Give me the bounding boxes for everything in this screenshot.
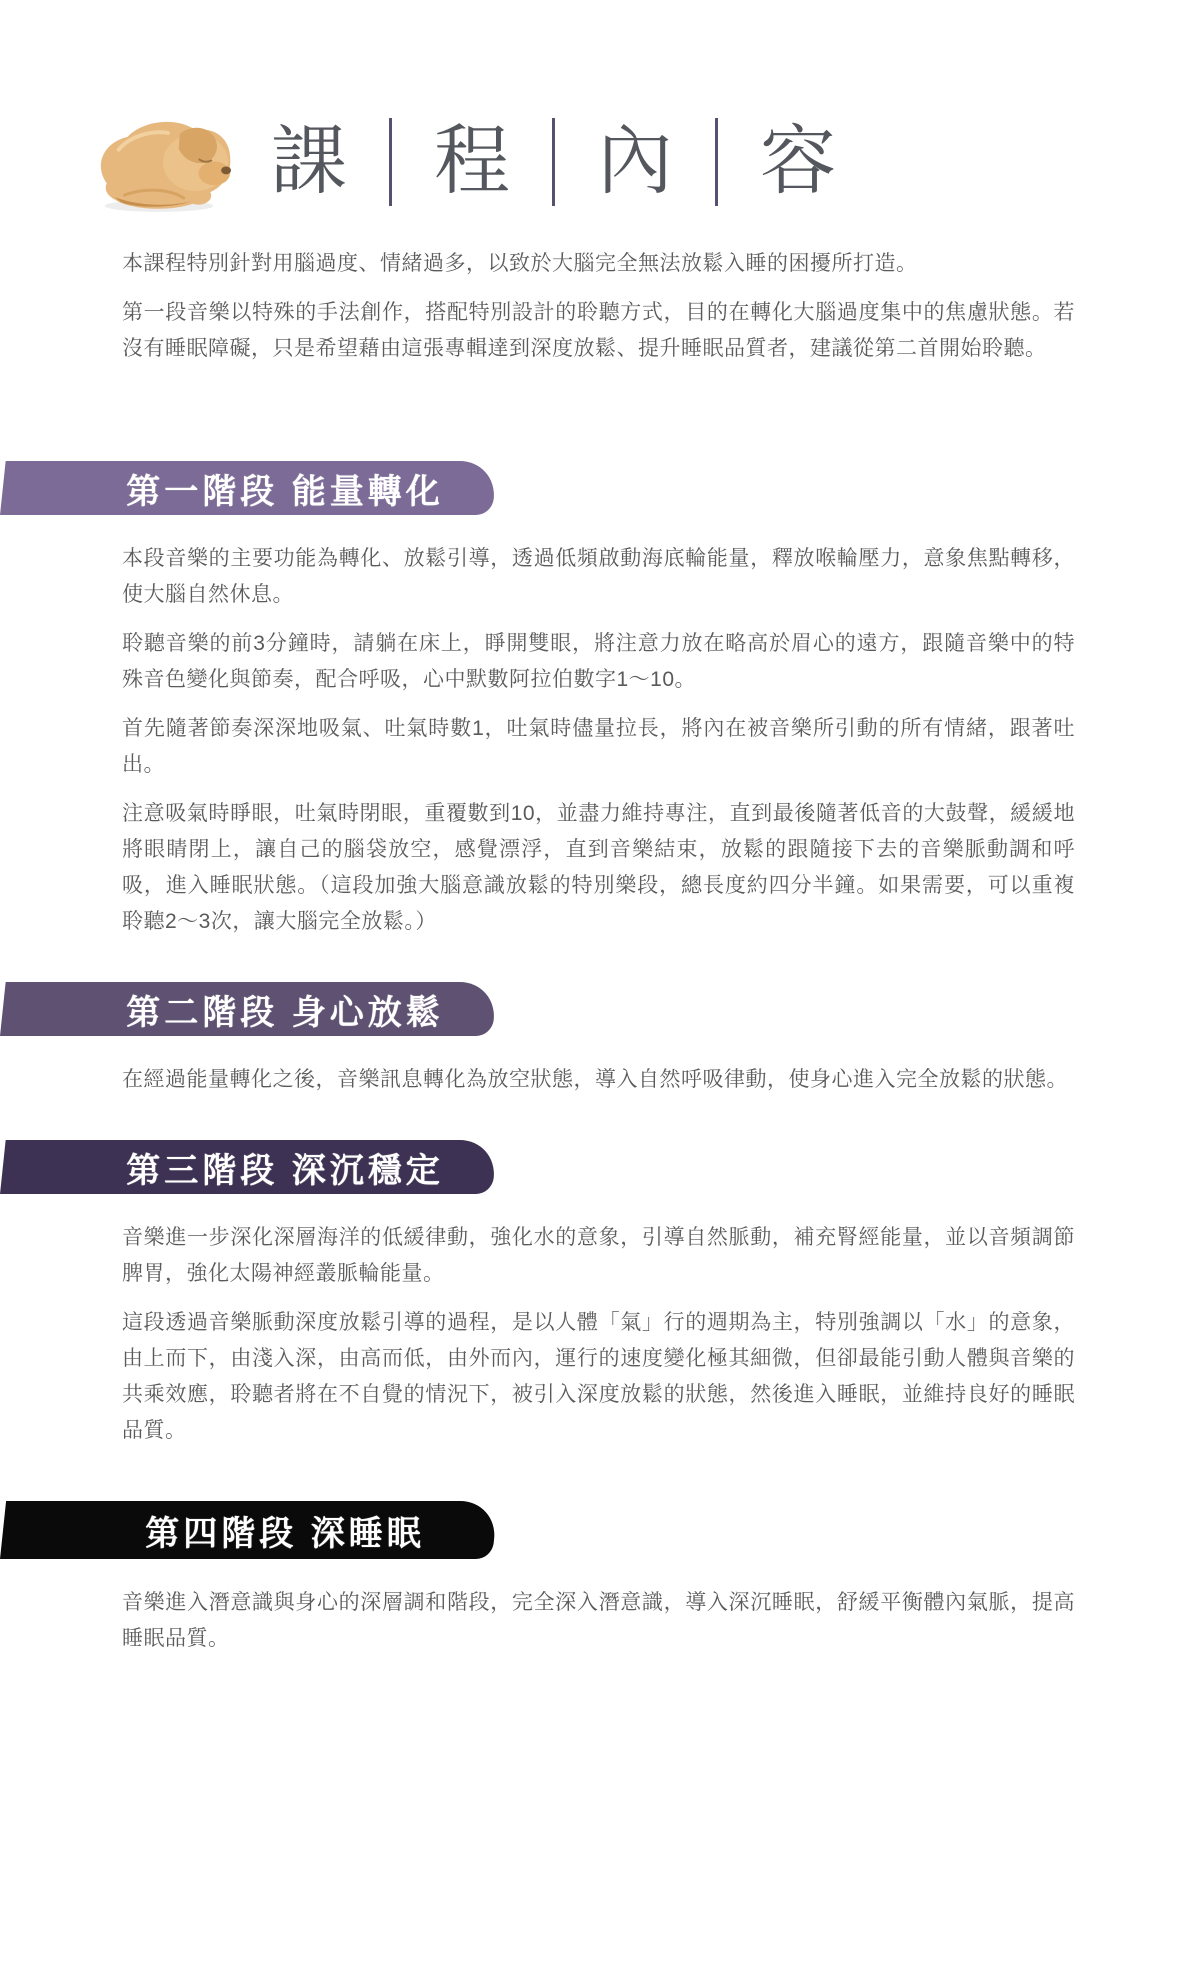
page-header: 課 程 內 容 (85, 108, 1200, 216)
title-divider (552, 118, 555, 206)
section-banner-stage2: 第二階段 身心放鬆 (0, 982, 492, 1036)
intro-paragraph: 第一段音樂以特殊的手法創作，搭配特別設計的聆聽方式，目的在轉化大腦過度集中的焦慮… (122, 295, 1075, 367)
title-char-1: 課 (271, 124, 347, 200)
section-paragraph: 首先隨著節奏深深地吸氣、吐氣時數1，吐氣時儘量拉長，將內在被音樂所引動的所有情緒… (122, 711, 1075, 783)
section-paragraph: 本段音樂的主要功能為轉化、放鬆引導，透過低頻啟動海底輪能量，釋放喉輪壓力，意象焦… (122, 541, 1075, 613)
section-heading: 第一階段 能量轉化 (0, 461, 492, 515)
section-paragraph: 聆聽音樂的前3分鐘時，請躺在床上，睜開雙眼，將注意力放在略高於眉心的遠方，跟隨音… (122, 626, 1075, 698)
section-paragraph: 注意吸氣時睜眼，吐氣時閉眼，重覆數到10，並盡力維持專注，直到最後隨著低音的大鼓… (122, 796, 1075, 940)
title-divider (715, 118, 718, 206)
course-content-page: 課 程 內 容 本課程特別針對用腦過度、情緒過多，以致於大腦完全無法放鬆入睡的困… (0, 0, 1200, 1975)
intro-paragraph: 本課程特別針對用腦過度、情緒過多，以致於大腦完全無法放鬆入睡的困擾所打造。 (122, 246, 1075, 282)
section-body-stage3: 音樂進一步深化深層海洋的低緩律動，強化水的意象，引導自然脈動，補充腎經能量，並以… (0, 1220, 1200, 1449)
section-body-stage2: 在經過能量轉化之後，音樂訊息轉化為放空狀態，導入自然呼吸律動，使身心進入完全放鬆… (0, 1062, 1200, 1098)
title-char-4: 容 (760, 124, 836, 200)
section-banner-stage1: 第一階段 能量轉化 (0, 461, 492, 515)
title-divider (389, 118, 392, 206)
page-title: 課 程 內 容 (271, 118, 836, 206)
section-paragraph: 這段透過音樂脈動深度放鬆引導的過程，是以人體「氣」行的週期為主，特別強調以「水」… (122, 1305, 1075, 1449)
title-char-2: 程 (434, 124, 510, 200)
section-heading: 第二階段 身心放鬆 (0, 982, 492, 1036)
section-paragraph: 在經過能量轉化之後，音樂訊息轉化為放空狀態，導入自然呼吸律動，使身心進入完全放鬆… (122, 1062, 1075, 1098)
section-banner-stage3: 第三階段 深沉穩定 (0, 1140, 492, 1194)
sleeping-dog-image (85, 110, 233, 214)
title-char-3: 內 (597, 124, 673, 200)
intro-block: 本課程特別針對用腦過度、情緒過多，以致於大腦完全無法放鬆入睡的困擾所打造。 第一… (0, 246, 1200, 367)
section-heading: 第三階段 深沉穩定 (0, 1140, 492, 1194)
section-banner-stage4: 第四階段 深睡眠 (0, 1501, 492, 1559)
section-paragraph: 音樂進一步深化深層海洋的低緩律動，強化水的意象，引導自然脈動，補充腎經能量，並以… (122, 1220, 1075, 1292)
section-heading: 第四階段 深睡眠 (0, 1501, 492, 1559)
section-body-stage1: 本段音樂的主要功能為轉化、放鬆引導，透過低頻啟動海底輪能量，釋放喉輪壓力，意象焦… (0, 541, 1200, 940)
section-body-stage4: 音樂進入潛意識與身心的深層調和階段，完全深入潛意識，導入深沉睡眠，舒緩平衡體內氣… (0, 1585, 1200, 1657)
section-paragraph: 音樂進入潛意識與身心的深層調和階段，完全深入潛意識，導入深沉睡眠，舒緩平衡體內氣… (122, 1585, 1075, 1657)
